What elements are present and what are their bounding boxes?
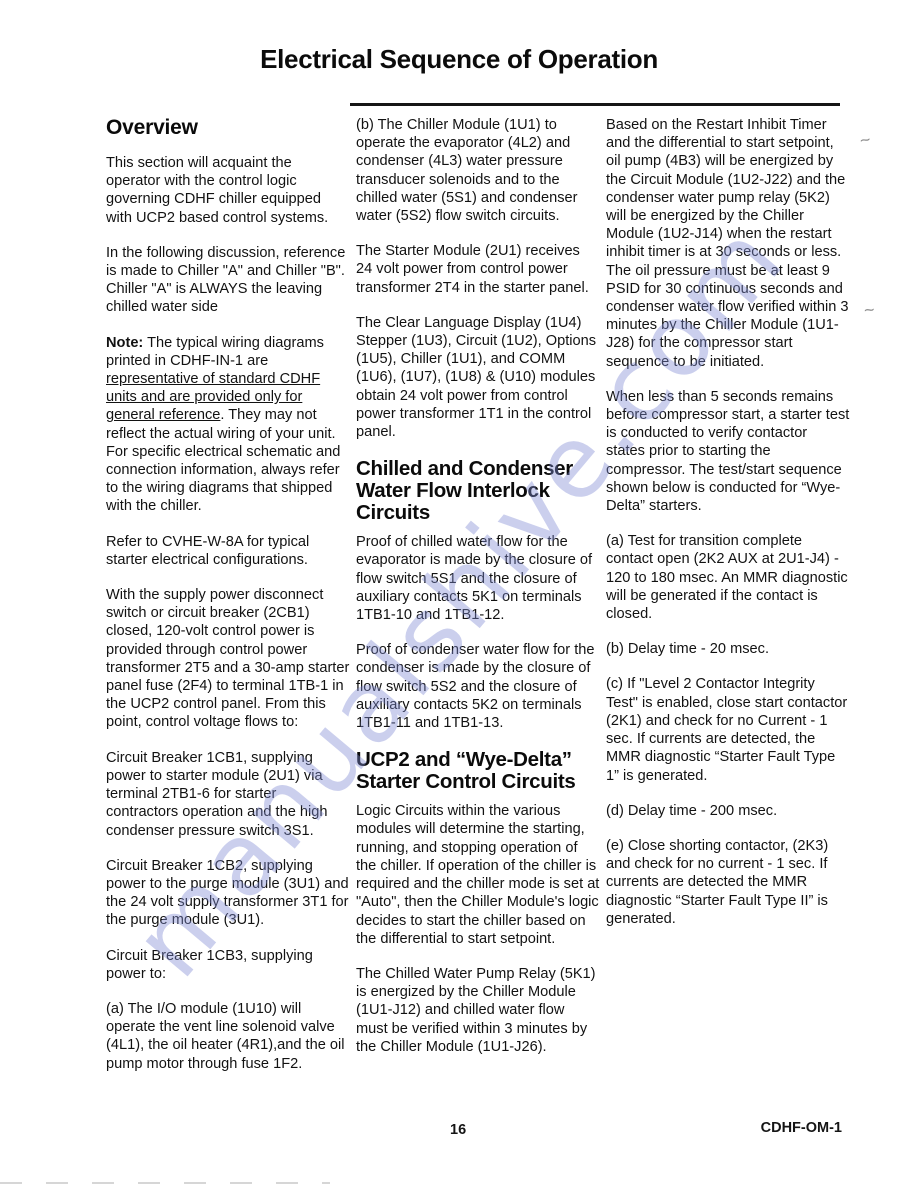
text-run: . They may not reflect the actual wiring… — [106, 407, 340, 514]
section-heading: UCP2 and “Wye-Delta” Starter Control Cir… — [356, 749, 600, 793]
paragraph: (b) The Chiller Module (1U1) to operate … — [356, 116, 600, 225]
scan-artifact — [0, 1182, 330, 1184]
content-columns: OverviewThis section will acquaint the o… — [106, 116, 850, 1090]
paragraph: Refer to CVHE-W-8A for typical starter e… — [106, 533, 350, 569]
paragraph: Circuit Breaker 1CB3, supplying power to… — [106, 947, 350, 983]
paragraph: Note: The typical wiring diagrams printe… — [106, 334, 350, 516]
column-left: OverviewThis section will acquaint the o… — [106, 116, 350, 1090]
paragraph: When less than 5 seconds remains before … — [606, 388, 850, 515]
section-heading: Overview — [106, 116, 350, 140]
paragraph: (e) Close shorting contactor, (2K3) and … — [606, 837, 850, 928]
scan-artifact: ~ — [863, 299, 876, 321]
page-title: Electrical Sequence of Operation — [0, 44, 918, 75]
paragraph: Proof of condenser water flow for the co… — [356, 641, 600, 732]
section-heading: Chilled and Condenser Water Flow Interlo… — [356, 458, 600, 524]
paragraph: Logic Circuits within the various module… — [356, 802, 600, 948]
paragraph: (a) Test for transition complete contact… — [606, 532, 850, 623]
paragraph: The Starter Module (2U1) receives 24 vol… — [356, 242, 600, 297]
paragraph: In the following discussion, reference i… — [106, 244, 350, 317]
manual-page: Electrical Sequence of Operation Overvie… — [0, 0, 918, 1188]
paragraph: (b) Delay time - 20 msec. — [606, 640, 850, 658]
paragraph: (a) The I/O module (1U10) will operate t… — [106, 1000, 350, 1073]
paragraph: Circuit Breaker 1CB1, supplying power to… — [106, 749, 350, 840]
paragraph: Based on the Restart Inhibit Timer and t… — [606, 116, 850, 371]
column-right: Based on the Restart Inhibit Timer and t… — [606, 116, 850, 1090]
header-rule — [350, 103, 840, 106]
paragraph: With the supply power disconnect switch … — [106, 586, 350, 732]
paragraph: (d) Delay time - 200 msec. — [606, 802, 850, 820]
doc-code: CDHF-OM-1 — [761, 1120, 842, 1136]
bold-text: Note: — [106, 335, 143, 351]
paragraph: (c) If "Level 2 Contactor Integrity Test… — [606, 675, 850, 784]
scan-artifact: ~ — [858, 129, 873, 152]
paragraph: Circuit Breaker 1CB2, supplying power to… — [106, 857, 350, 930]
paragraph: This section will acquaint the operator … — [106, 154, 350, 227]
paragraph: The Clear Language Display (1U4) Stepper… — [356, 314, 600, 441]
page-number: 16 — [450, 1122, 490, 1138]
paragraph: The Chilled Water Pump Relay (5K1) is en… — [356, 965, 600, 1056]
column-middle: (b) The Chiller Module (1U1) to operate … — [356, 116, 600, 1090]
paragraph: Proof of chilled water flow for the evap… — [356, 533, 600, 624]
